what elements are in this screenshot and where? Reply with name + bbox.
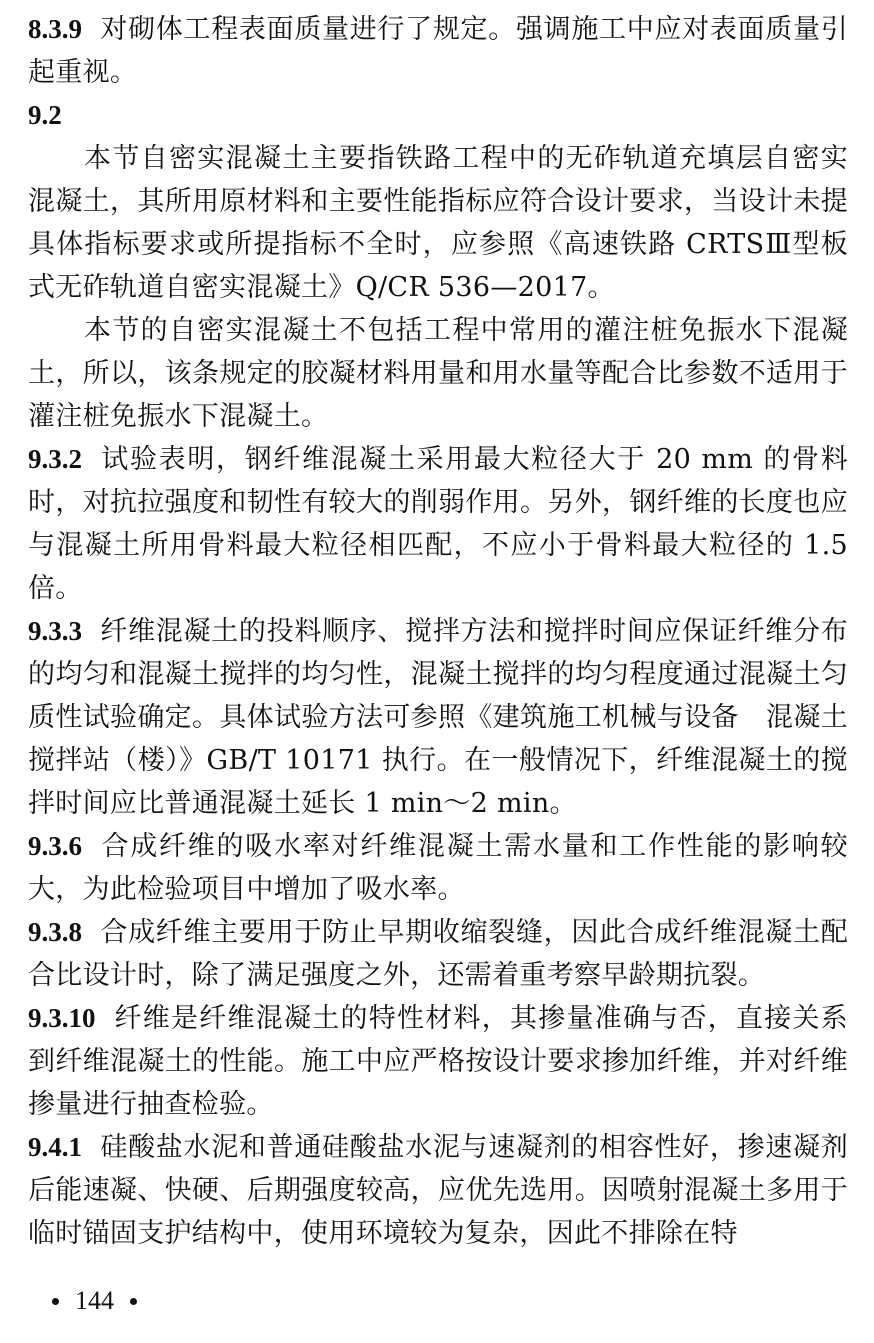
clause-number: 9.4.1 <box>28 1132 82 1162</box>
page-number: 144 <box>75 1286 114 1316</box>
paragraph-self-compacting-concrete: 本节自密实混凝土主要指铁路工程中的无砟轨道充填层自密实混凝土，其所用原材料和主要… <box>28 137 848 309</box>
clause-text: 合成纤维的吸水率对纤维混凝土需水量和工作性能的影响较大，为此检验项目中增加了吸水… <box>28 831 848 905</box>
clause-9-3-2: 9.3.2试验表明，钢纤维混凝土采用最大粒径大于 20 mm 的骨料时，对抗拉强… <box>28 438 848 610</box>
clause-number: 9.3.10 <box>28 1003 96 1033</box>
clause-text: 硅酸盐水泥和普通硅酸盐水泥与速凝剂的相容性好，掺速凝剂后能速凝、快硬、后期强度较… <box>28 1132 848 1249</box>
bullet-dot-icon <box>52 1298 59 1305</box>
clause-9-3-3: 9.3.3纤维混凝土的投料顺序、搅拌方法和搅拌时间应保证纤维分布的均匀和混凝土搅… <box>28 610 848 825</box>
clause-9-3-10: 9.3.10纤维是纤维混凝土的特性材料，其掺量准确与否，直接关系到纤维混凝土的性… <box>28 997 848 1126</box>
clause-text: 试验表明，钢纤维混凝土采用最大粒径大于 20 mm 的骨料时，对抗拉强度和韧性有… <box>28 444 848 604</box>
clause-text: 纤维混凝土的投料顺序、搅拌方法和搅拌时间应保证纤维分布的均匀和混凝土搅拌的均匀性… <box>28 616 848 819</box>
clause-9-3-6: 9.3.6合成纤维的吸水率对纤维混凝土需水量和工作性能的影响较大，为此检验项目中… <box>28 825 848 911</box>
clause-number: 9.3.6 <box>28 831 82 861</box>
clause-number: 8.3.9 <box>28 14 82 44</box>
clause-number: 9.3.3 <box>28 616 82 646</box>
clause-number: 9.3.8 <box>28 917 82 947</box>
section-heading-9-2: 9.2 <box>28 94 848 137</box>
clause-text: 纤维是纤维混凝土的特性材料，其掺量准确与否，直接关系到纤维混凝土的性能。施工中应… <box>28 1003 848 1120</box>
clause-9-4-1: 9.4.1硅酸盐水泥和普通硅酸盐水泥与速凝剂的相容性好，掺速凝剂后能速凝、快硬、… <box>28 1126 848 1255</box>
paragraph-exclusion-note: 本节的自密实混凝土不包括工程中常用的灌注桩免振水下混凝土，所以，该条规定的胶凝材… <box>28 309 848 438</box>
clause-number: 9.3.2 <box>28 444 82 474</box>
document-page: 8.3.9对砌体工程表面质量进行了规定。强调施工中应对表面质量引起重视。 9.2… <box>28 0 848 1255</box>
clause-text: 对砌体工程表面质量进行了规定。强调施工中应对表面质量引起重视。 <box>28 14 848 88</box>
page-footer: 144 <box>52 1286 137 1316</box>
bullet-dot-icon <box>130 1298 137 1305</box>
clause-text: 合成纤维主要用于防止早期收缩裂缝，因此合成纤维混凝土配合比设计时，除了满足强度之… <box>28 917 848 991</box>
clause-9-3-8: 9.3.8合成纤维主要用于防止早期收缩裂缝，因此合成纤维混凝土配合比设计时，除了… <box>28 911 848 997</box>
clause-8-3-9: 8.3.9对砌体工程表面质量进行了规定。强调施工中应对表面质量引起重视。 <box>28 8 848 94</box>
